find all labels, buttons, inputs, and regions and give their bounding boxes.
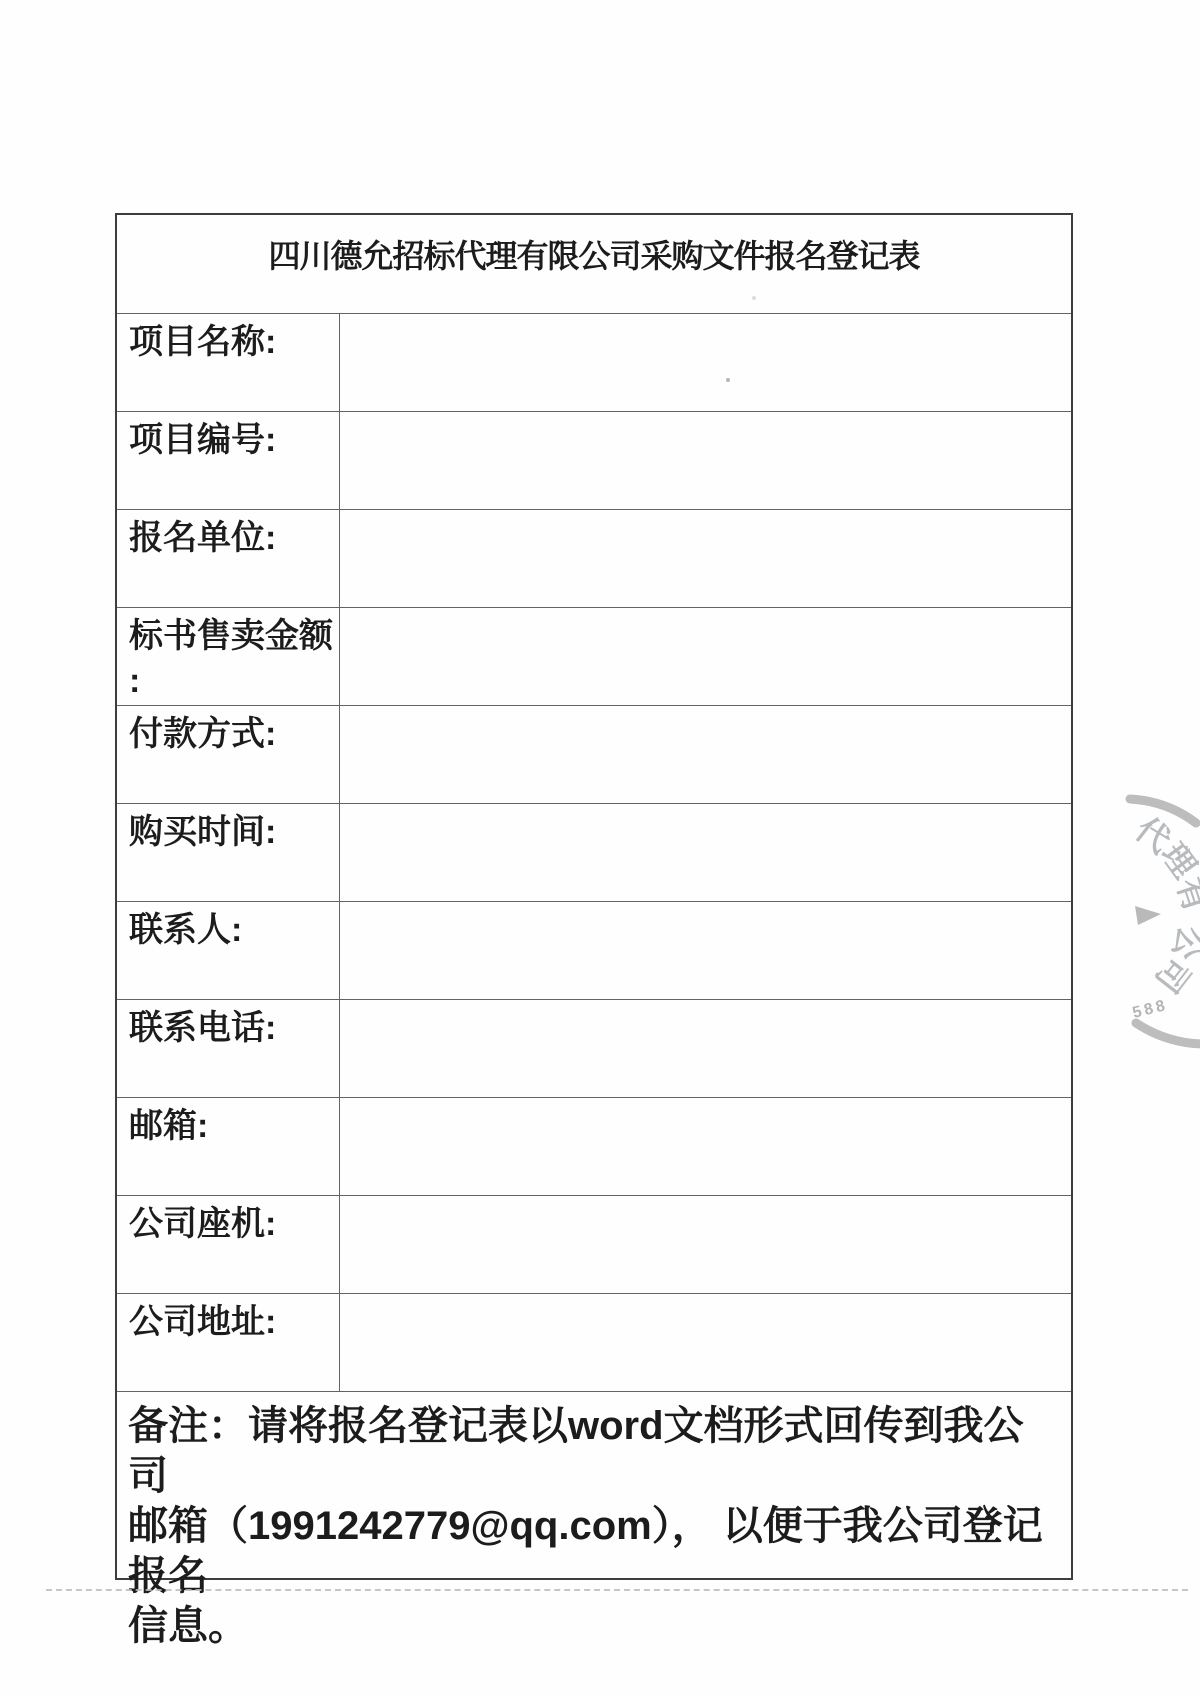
seal-serial: 588	[1131, 997, 1170, 1022]
field-value-company-address	[340, 1294, 1071, 1391]
registration-form-table: 四川德允招标代理有限公司采购文件报名登记表 项目名称: 项目编号: 报名单位: …	[115, 213, 1073, 1580]
field-value-company-landline	[340, 1196, 1071, 1293]
table-row-email: 邮箱:	[117, 1098, 1071, 1196]
field-label-company-landline: 公司座机:	[117, 1196, 340, 1293]
field-label-email: 邮箱:	[117, 1098, 340, 1195]
table-row-contact-phone: 联系电话:	[117, 1000, 1071, 1098]
field-value-registering-company	[340, 510, 1071, 607]
field-label-contact-person: 联系人:	[117, 902, 340, 999]
field-value-project-name	[340, 314, 1071, 411]
table-row-registering-company: 报名单位:	[117, 510, 1071, 608]
seal-star-arm	[1135, 906, 1161, 925]
field-value-contact-person	[340, 902, 1071, 999]
field-label-purchase-time: 购买时间:	[117, 804, 340, 901]
field-value-purchase-time	[340, 804, 1071, 901]
field-label-contact-phone: 联系电话:	[117, 1000, 340, 1097]
field-value-bid-document-price	[340, 608, 1071, 705]
table-row-payment-method: 付款方式:	[117, 706, 1071, 804]
field-label-registering-company: 报名单位:	[117, 510, 340, 607]
form-title: 四川德允招标代理有限公司采购文件报名登记表	[117, 215, 1071, 314]
field-label-payment-method: 付款方式:	[117, 706, 340, 803]
seal-ring-text: 代 理 有 公 司	[1129, 810, 1200, 999]
company-seal-stamp: 代 理 有 公 司 588	[1018, 778, 1200, 1054]
table-row-purchase-time: 购买时间:	[117, 804, 1071, 902]
field-label-bid-document-price: 标书售卖金额 :	[117, 608, 340, 705]
field-label-company-address: 公司地址:	[117, 1294, 340, 1391]
scanned-document-page: 四川德允招标代理有限公司采购文件报名登记表 项目名称: 项目编号: 报名单位: …	[0, 0, 1200, 1696]
scan-artifact-line	[46, 1589, 1188, 1591]
field-value-contact-phone	[340, 1000, 1071, 1097]
table-row-bid-document-price: 标书售卖金额 :	[117, 608, 1071, 706]
table-row-company-landline: 公司座机:	[117, 1196, 1071, 1294]
field-value-project-number	[340, 412, 1071, 509]
table-row-project-name: 项目名称:	[117, 314, 1071, 412]
field-value-email	[340, 1098, 1071, 1195]
field-label-project-number: 项目编号:	[117, 412, 340, 509]
table-row-project-number: 项目编号:	[117, 412, 1071, 510]
scan-speck	[752, 296, 756, 300]
field-value-payment-method	[340, 706, 1071, 803]
scan-speck	[726, 378, 730, 382]
table-row-contact-person: 联系人:	[117, 902, 1071, 1000]
form-note: 备注：请将报名登记表以word文档形式回传到我公司 邮箱（1991242779@…	[117, 1392, 1071, 1578]
field-label-project-name: 项目名称:	[117, 314, 340, 411]
table-row-company-address: 公司地址:	[117, 1294, 1071, 1392]
